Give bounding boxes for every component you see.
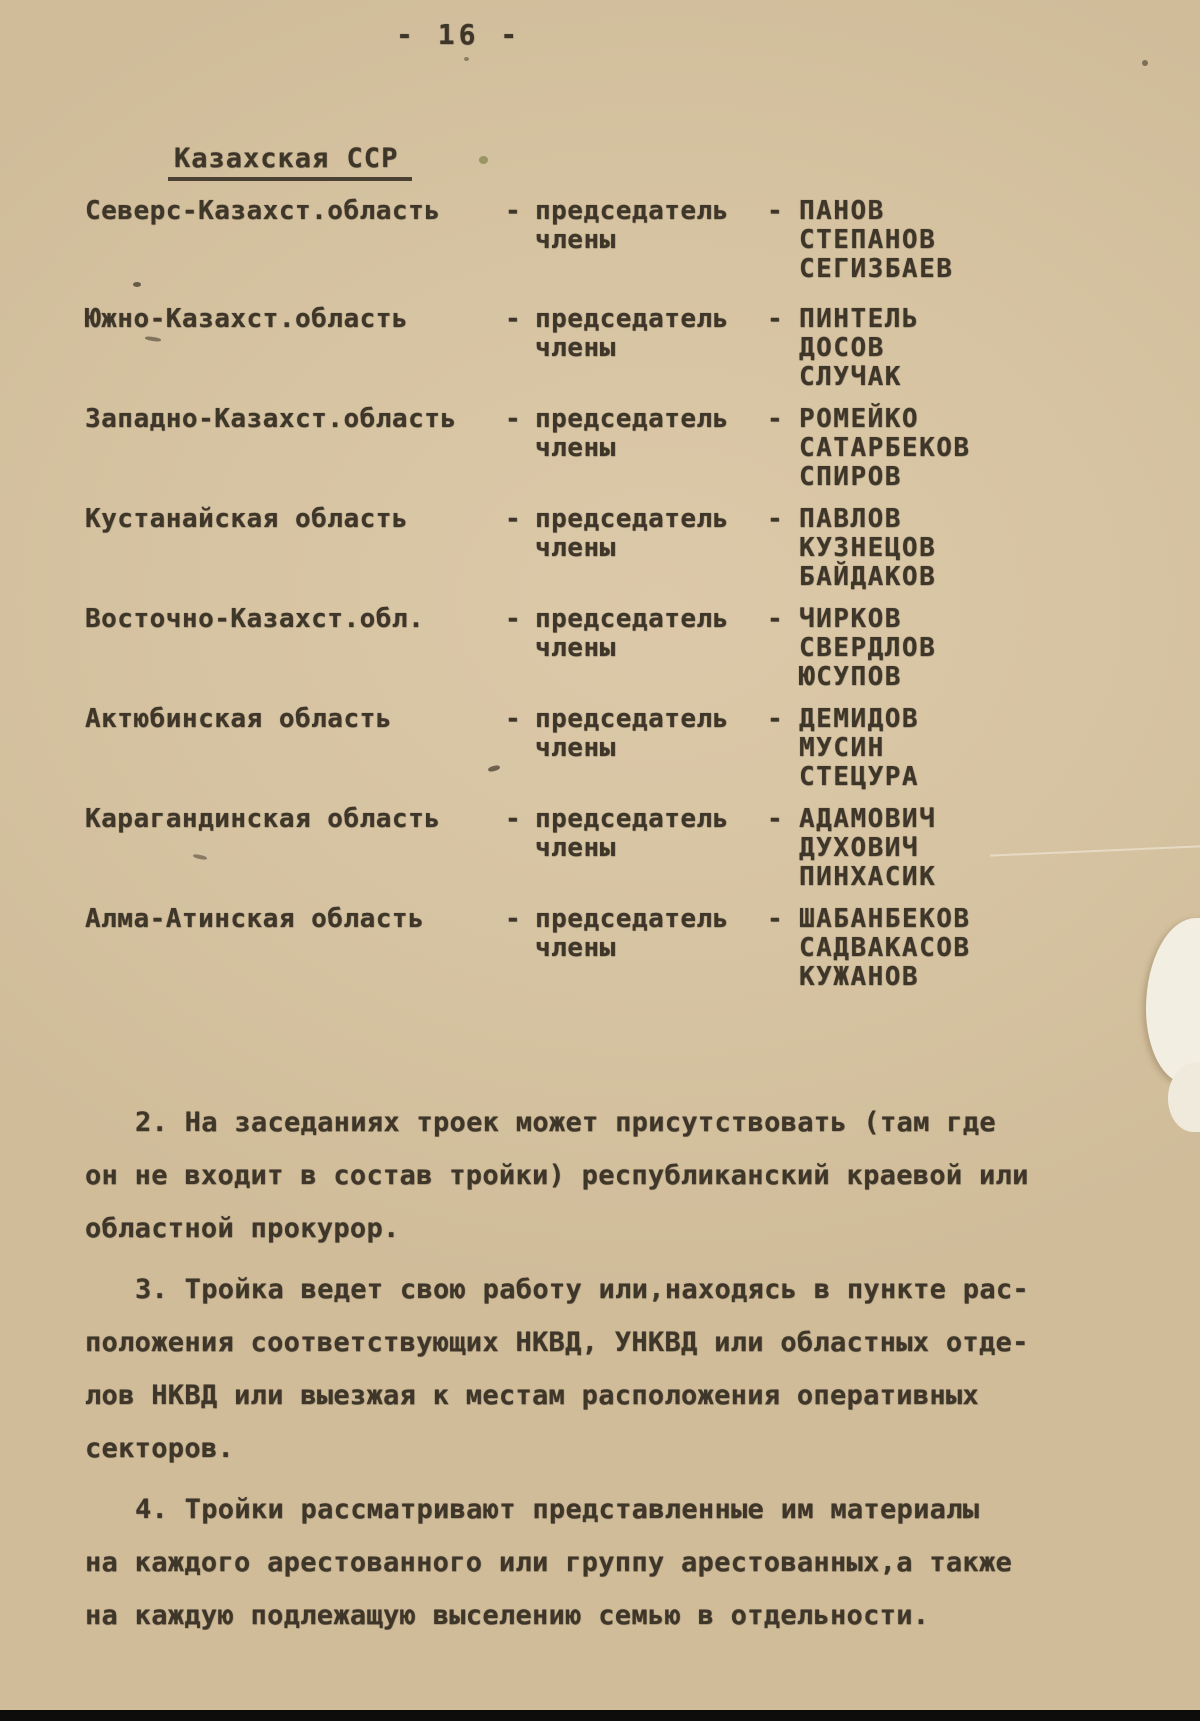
troika-names: ЧИРКОВ СВЕРДЛОВ ЮСУПОВ	[799, 605, 1170, 692]
role-labels: председатель члены	[535, 305, 767, 363]
paragraphs-block: 2. На заседаниях троек может присутствов…	[85, 1096, 1095, 1650]
region-name: Алма-Атинская область	[85, 905, 505, 933]
role-labels: председатель члены	[535, 197, 767, 255]
separator-dash: -	[767, 405, 799, 433]
role-labels: председатель члены	[535, 405, 767, 463]
document-page: - 16 - Казахская ССР Северс-Казахст.обла…	[0, 0, 1200, 1721]
troika-names: ПАНОВ СТЕПАНОВ СЕГИЗБАЕВ	[799, 197, 1170, 284]
troika-names: ШАБАНБЕКОВ САДВАКАСОВ КУЖАНОВ	[799, 905, 1170, 992]
region-row: Западно-Казахст.область - председатель ч…	[85, 405, 1170, 492]
separator-dash: -	[505, 405, 535, 433]
separator-dash: -	[505, 605, 535, 633]
separator-dash: -	[767, 705, 799, 733]
region-name: Северс-Казахст.область	[85, 197, 505, 225]
region-name: Карагандинская область	[85, 805, 505, 833]
region-row: Северс-Казахст.область - председатель чл…	[85, 197, 1170, 284]
separator-dash: -	[505, 305, 535, 333]
paragraph: 3. Тройка ведет свою работу или,находясь…	[85, 1263, 1095, 1475]
separator-dash: -	[767, 605, 799, 633]
separator-dash: -	[767, 305, 799, 333]
role-labels: председатель члены	[535, 905, 767, 963]
separator-dash: -	[505, 905, 535, 933]
troika-names: РОМЕЙКО САТАРБЕКОВ СПИРОВ	[799, 405, 1170, 492]
region-row: Актюбинская область - председатель члены…	[85, 705, 1170, 792]
region-name: Южно-Казахст.область	[85, 305, 505, 333]
separator-dash: -	[767, 505, 799, 533]
region-row: Кустанайская область - председатель член…	[85, 505, 1170, 592]
separator-dash: -	[767, 905, 799, 933]
separator-dash: -	[505, 505, 535, 533]
page-number: - 16 -	[396, 18, 521, 51]
region-name: Восточно-Казахст.обл.	[85, 605, 505, 633]
separator-dash: -	[767, 197, 799, 225]
region-row: Восточно-Казахст.обл. - председатель чле…	[85, 605, 1170, 692]
separator-dash: -	[505, 805, 535, 833]
region-row: Южно-Казахст.область - председатель член…	[85, 305, 1170, 392]
region-name: Кустанайская область	[85, 505, 505, 533]
regions-table: Северс-Казахст.область - председатель чл…	[85, 197, 1170, 1005]
role-labels: председатель члены	[535, 505, 767, 563]
role-labels: председатель члены	[535, 805, 767, 863]
troika-names: ПИНТЕЛЬ ДОСОВ СЛУЧАК	[799, 305, 1170, 392]
dust-speck	[133, 282, 141, 287]
region-name: Западно-Казахст.область	[85, 405, 505, 433]
dust-speck	[1142, 60, 1148, 66]
paragraph: 4. Тройки рассматривают представленные и…	[85, 1483, 1095, 1642]
troika-names: ПАВЛОВ КУЗНЕЦОВ БАЙДАКОВ	[799, 505, 1170, 592]
role-labels: председатель члены	[535, 605, 767, 663]
dust-speck	[464, 57, 469, 61]
scan-edge	[0, 1710, 1200, 1721]
separator-dash: -	[505, 197, 535, 225]
region-name: Актюбинская область	[85, 705, 505, 733]
dust-speck	[479, 156, 488, 164]
section-title: Казахская ССР	[168, 143, 412, 181]
region-row: Алма-Атинская область - председатель чле…	[85, 905, 1170, 992]
paragraph: 2. На заседаниях троек может присутствов…	[85, 1096, 1095, 1255]
troika-names: ДЕМИДОВ МУСИН СТЕЦУРА	[799, 705, 1170, 792]
role-labels: председатель члены	[535, 705, 767, 763]
region-row: Карагандинская область - председатель чл…	[85, 805, 1170, 892]
separator-dash: -	[767, 805, 799, 833]
separator-dash: -	[505, 705, 535, 733]
